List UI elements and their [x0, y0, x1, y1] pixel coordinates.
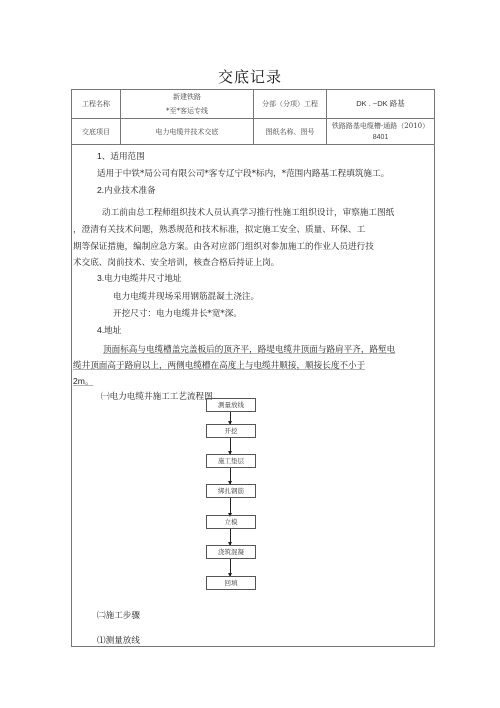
subproject-value: DK . ~DK 路基: [327, 90, 434, 118]
flow-step-backfill: 回填: [206, 576, 256, 590]
section-2-line2: ，澄清有关技术问题，熟悉规范和技术标准，拟定施工安全、质量、环保、工: [73, 223, 365, 235]
project-name-line2: *至*客运专线: [166, 104, 208, 118]
section-1-heading: 1、适用范围: [97, 150, 145, 162]
project-name-line1: 新建铁路: [173, 90, 201, 104]
record-frame: 工程名称 新建铁路 *至*客运专线 分部（分项）工程 DK . ~DK 路基 交…: [71, 89, 435, 647]
table-divider: [72, 144, 434, 145]
section-3-line2: 开挖尺寸：电力电缆井长*宽*深。: [113, 307, 242, 319]
flow-step-pour: 浇筑混凝: [206, 545, 256, 559]
section-4-heading: 4.地址: [97, 324, 121, 336]
drawing-value: 铁路路基电缆槽-通路（2010） 8401: [327, 119, 434, 144]
flow-step-formwork: 立模: [206, 515, 256, 529]
steps-heading: ㈡施工步骤: [97, 609, 140, 621]
section-2-heading: 2.内业技术准备: [97, 184, 156, 196]
section-4-line3: 2m。: [73, 375, 94, 387]
flowchart-title: ㈠电力电缆井施工工艺流程图: [101, 390, 213, 402]
flow-step-cushion: 施工垫层: [206, 454, 256, 468]
project-name-value: 新建铁路 *至*客运专线: [121, 90, 253, 118]
drawing-value-line1: 铁路路基电缆槽-通路（2010）: [332, 120, 429, 132]
step-1-heading: ⑴测量放线: [97, 634, 140, 646]
flow-step-excavate: 开挖: [206, 424, 256, 438]
flow-arrow-icon: [230, 529, 231, 545]
section-2-line1: 动工前由总工程师组织技术人员认真学习推行性施工组织设计，审察施工图纸: [102, 206, 394, 218]
section-4-line2: 缆井顶面高于路肩以上，两侧电缆槽在高度上与电缆井顺接，顺接长度不小于: [73, 359, 365, 371]
flow-step-survey: 测量放线: [206, 398, 256, 412]
disclosure-item-label: 交底项目: [72, 119, 120, 144]
subproject-label: 分部（分项）工程: [254, 90, 326, 118]
section-4-line1: 顶面标高与电缆槽盖完盖板后的顶齐平，路堤电缆井顶面与路肩平齐，路堑电: [103, 343, 395, 355]
drawing-value-line2: 8401: [373, 132, 389, 144]
flow-arrow-icon: [230, 438, 231, 454]
flow-arrow-icon: [230, 559, 231, 576]
flow-arrow-icon: [230, 498, 231, 516]
section-3-line1: 电力电缆井现场采用钢筋混凝土浇注。: [113, 290, 259, 302]
flow-arrow-icon: [230, 468, 231, 484]
project-name-label: 工程名称: [72, 90, 120, 118]
section-3-heading: 3.电力电缆井尺寸地址: [97, 272, 182, 284]
section-2-line4: 术交底、岗前技术、安全培训，核查合格后持证上岗。: [73, 256, 279, 268]
flow-step-rebar: 绑扎钢筋: [206, 484, 256, 498]
flow-arrow-icon: [230, 412, 231, 424]
section-2-line3: 期等保证措施，编制应急方案。由各对应部门组织对参加施工的作业人员进行技: [73, 240, 374, 252]
drawing-label: 图纸名称、图号: [254, 119, 326, 144]
document-title: 交底记录: [0, 66, 500, 87]
section-1-text: 适用于中铁*局公司有限公司*客专辽宁段*标内，*范围内路基工程填筑施工。: [97, 167, 389, 179]
disclosure-item-value: 电力电缆井技术交底: [121, 119, 253, 144]
